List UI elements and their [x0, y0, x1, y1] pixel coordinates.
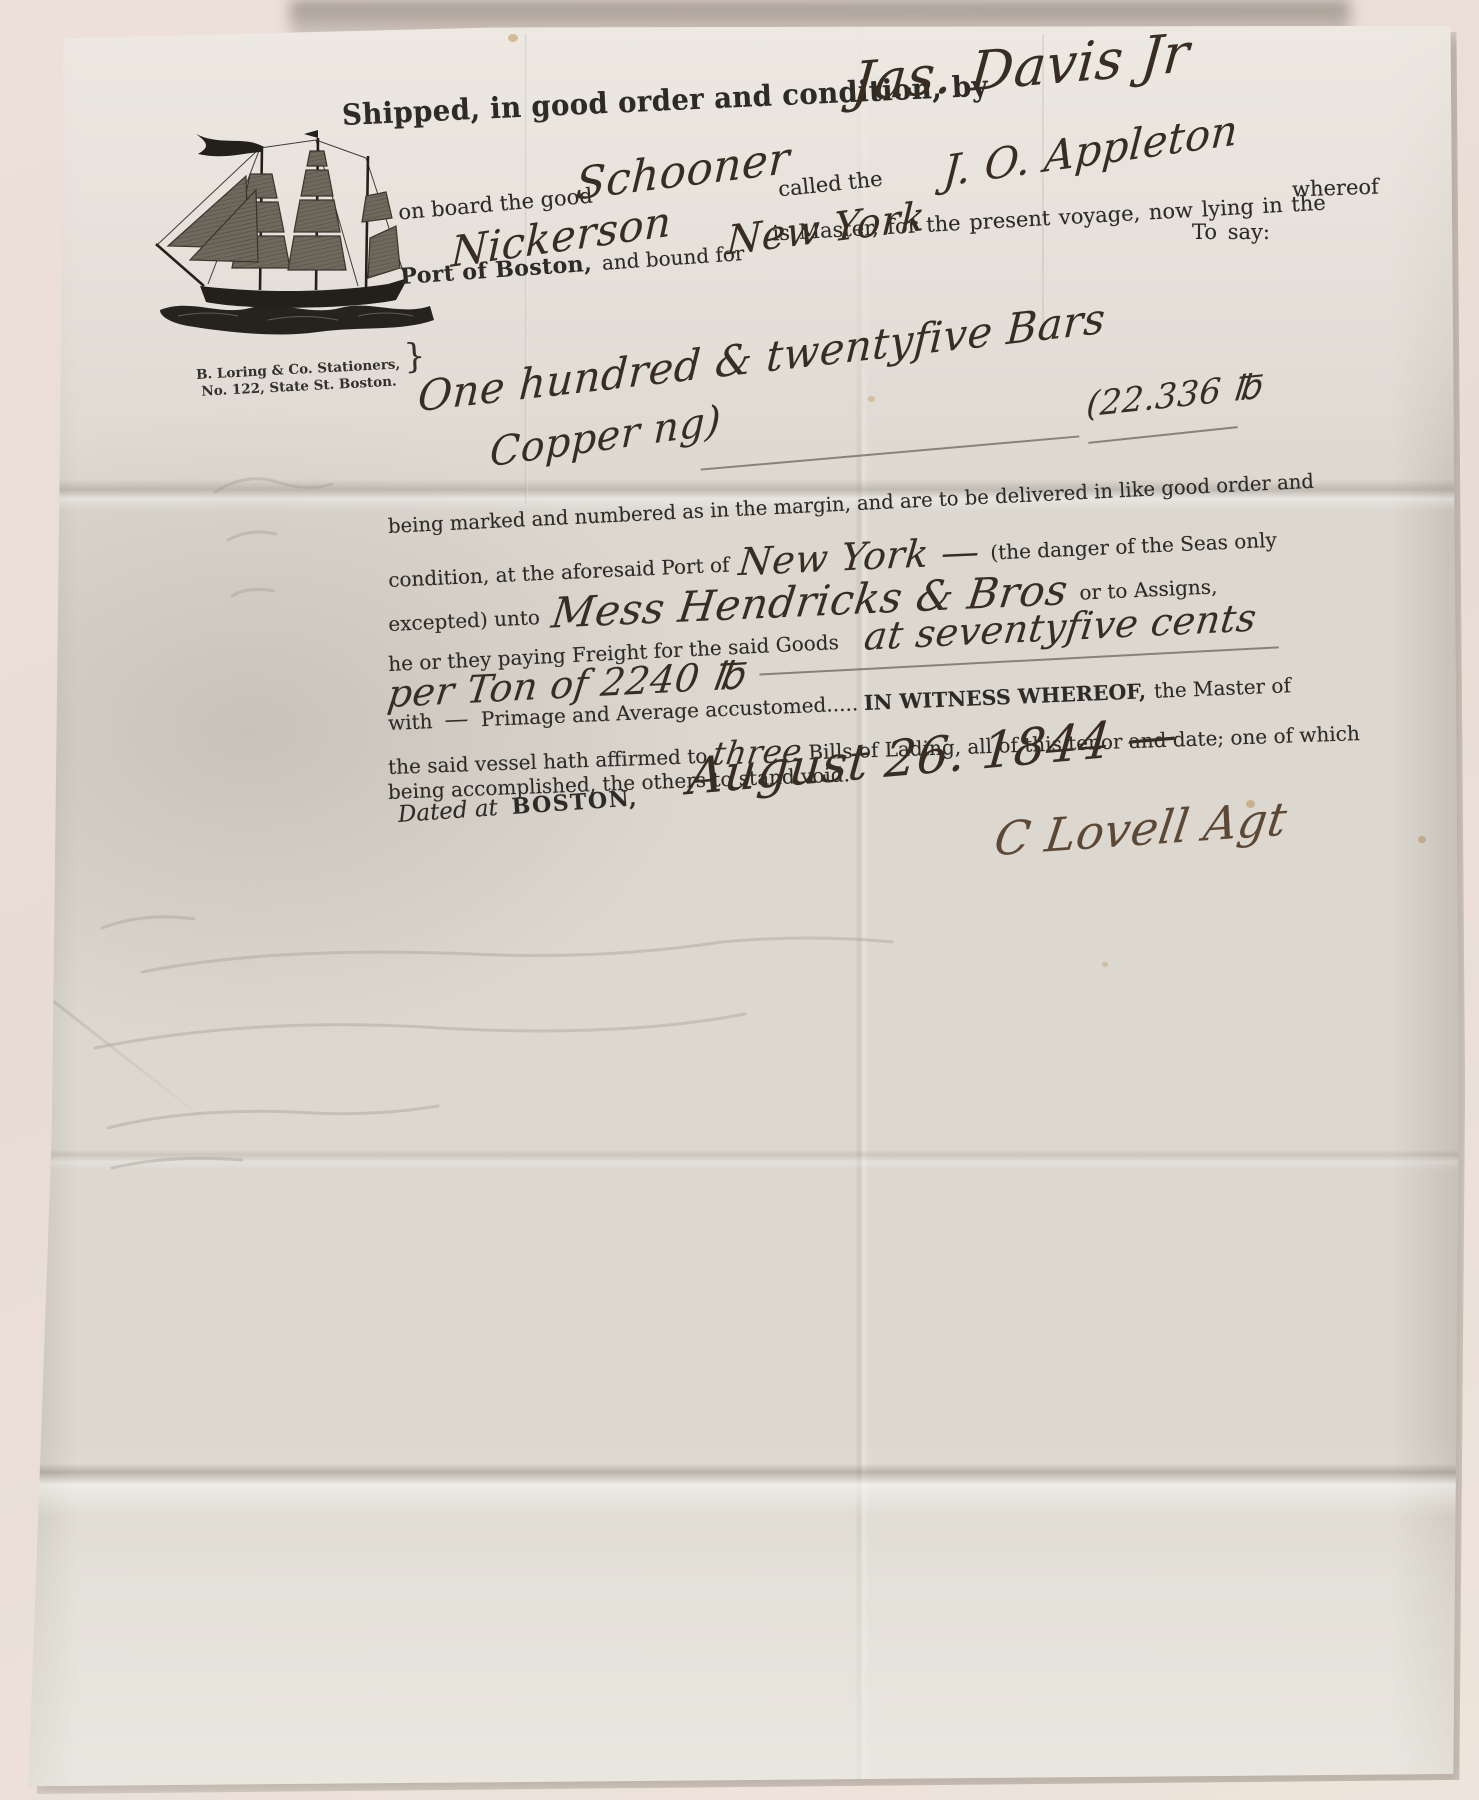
pen-rule-stroke	[760, 646, 1279, 675]
sailing-ship-engraving	[148, 118, 448, 343]
primage-dash-handwritten: —	[444, 705, 470, 734]
with-text: with	[388, 709, 433, 735]
master-of-text: the Master of	[1153, 673, 1291, 703]
to-say-text: To say:	[1192, 220, 1270, 244]
photo-of-bill-of-lading: B. Loring & Co. Stationers, No. 122, Sta…	[0, 0, 1479, 1800]
